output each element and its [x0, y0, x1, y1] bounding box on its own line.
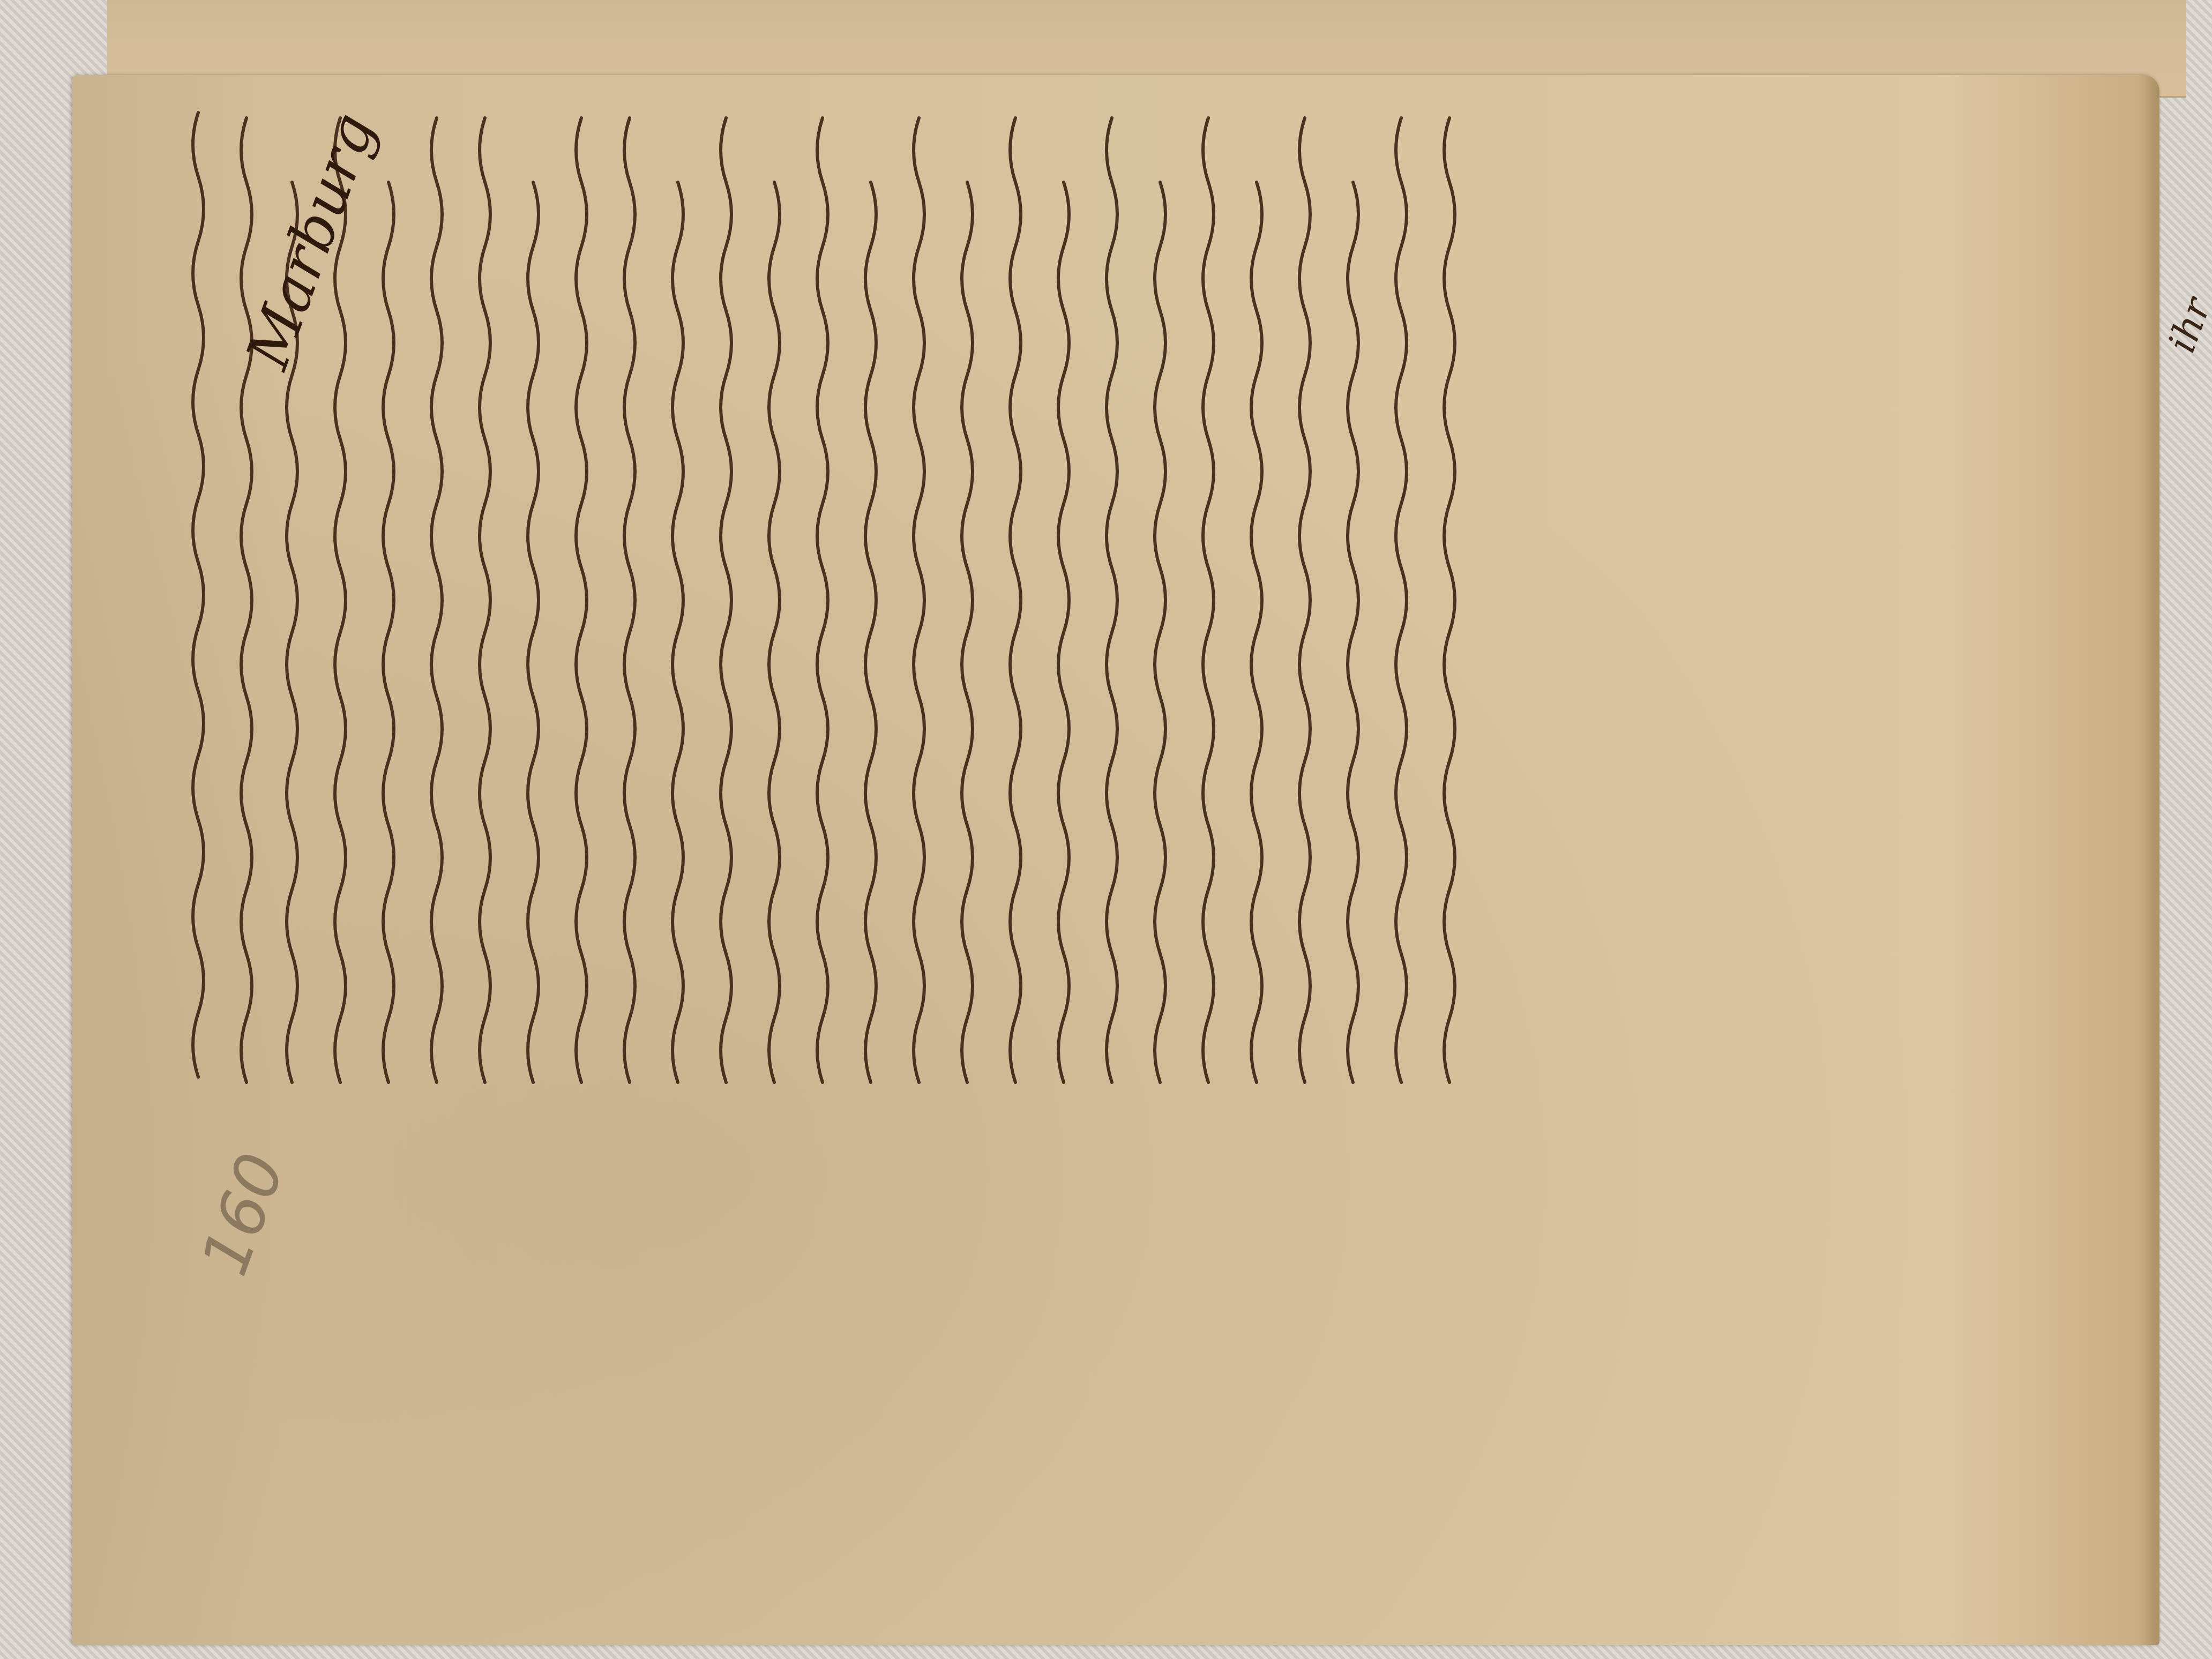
handwriting-lines: [72, 75, 2159, 1645]
manuscript-page: Marburg ihr 160: [72, 75, 2159, 1645]
